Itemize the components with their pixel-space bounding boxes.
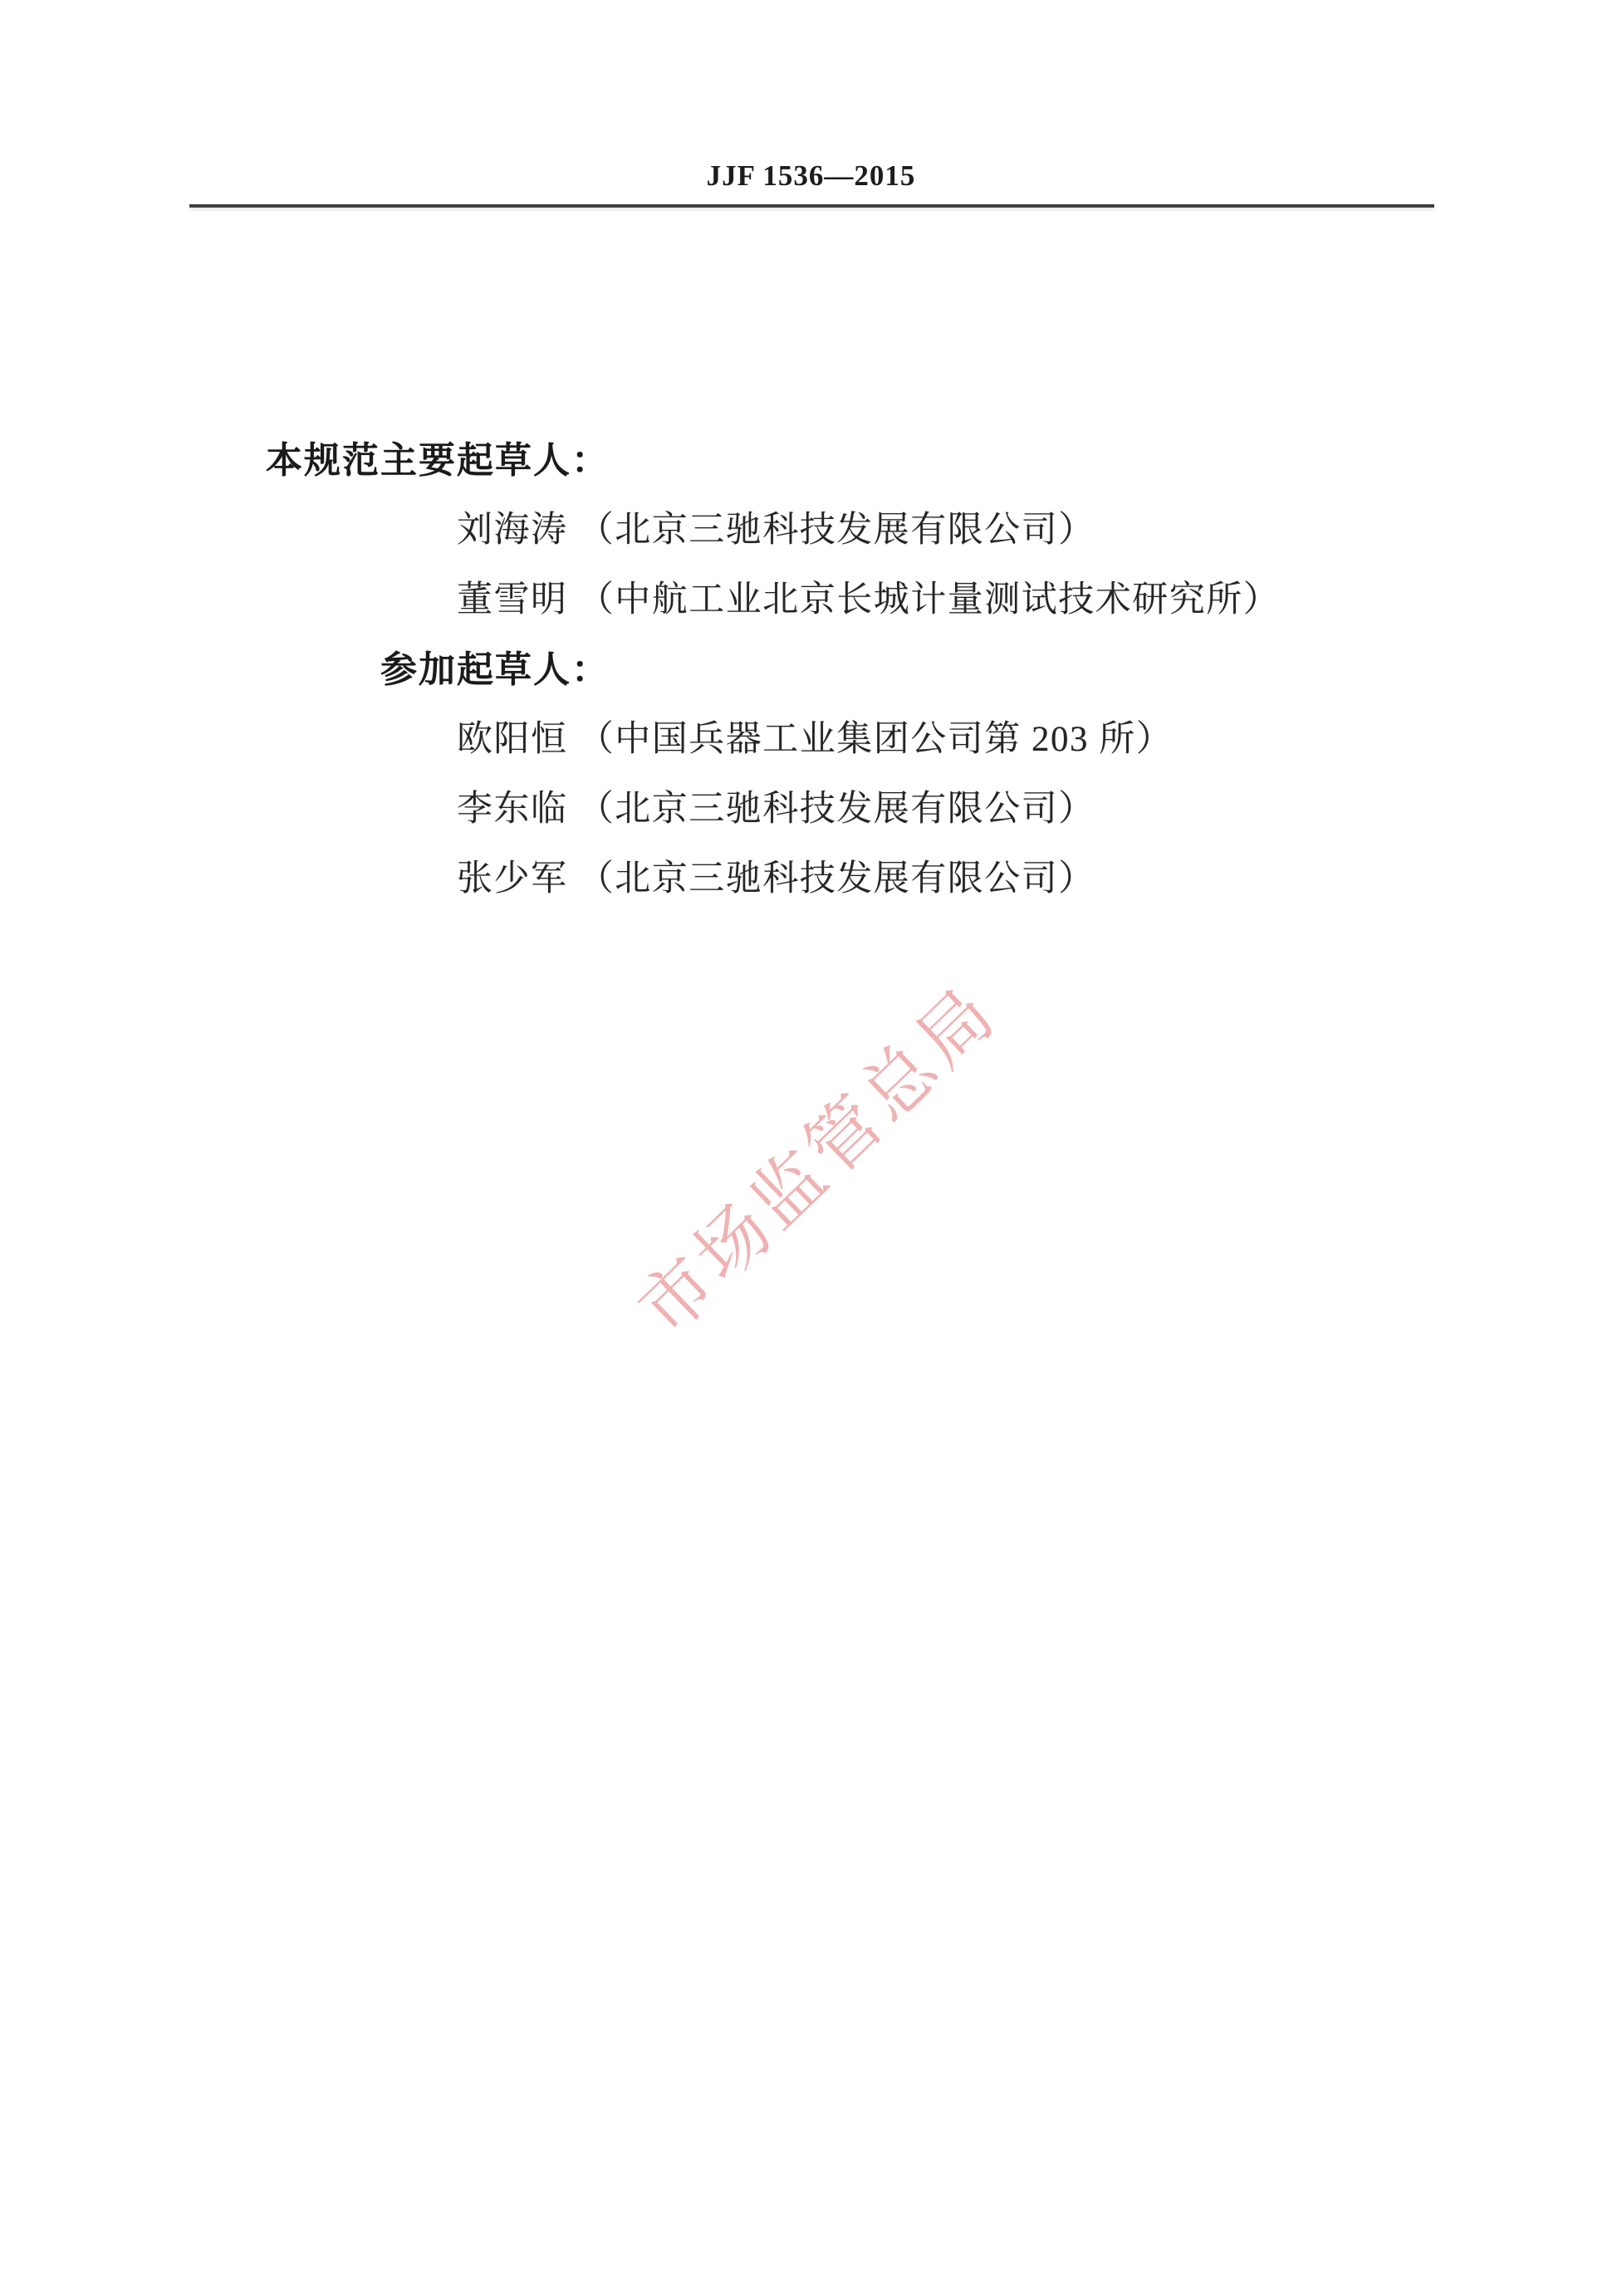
header-rule	[189, 204, 1434, 208]
participating-drafter-row-3: 张少军 （北京三驰科技发展有限公司）	[457, 860, 1095, 898]
main-drafter-row-2: 董雪明 （中航工业北京长城计量测试技术研究所）	[457, 581, 1280, 619]
participating-drafters-heading: 参加起草人：	[380, 651, 610, 689]
participating-drafter-row-2: 李东临 （北京三驰科技发展有限公司）	[457, 791, 1095, 829]
standard-number: JJF 1536—2015	[707, 159, 916, 192]
document-page: JJF 1536—2015 本规范主要起草人： 刘海涛 （北京三驰科技发展有限公…	[0, 0, 1622, 2296]
main-drafter-row-1: 刘海涛 （北京三驰科技发展有限公司）	[457, 512, 1095, 550]
main-drafters-heading: 本规范主要起草人：	[266, 442, 610, 480]
page-header: JJF 1536—2015	[0, 159, 1622, 193]
participating-drafter-row-1: 欧阳恒 （中国兵器工业集团公司第 203 所）	[457, 721, 1173, 759]
watermark-text: 市场监管总局	[611, 958, 1017, 1354]
